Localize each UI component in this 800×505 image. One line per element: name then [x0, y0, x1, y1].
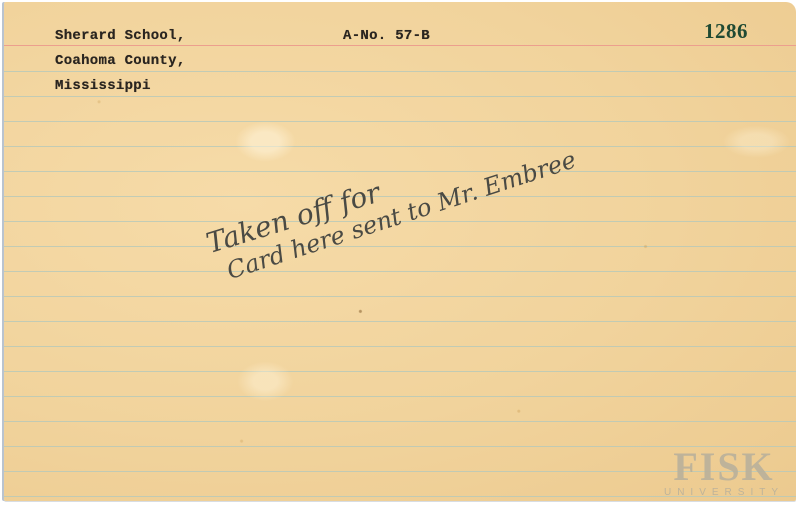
blue-rule [4, 346, 796, 347]
county-name: Coahoma County, [55, 53, 186, 69]
blue-rule [4, 196, 796, 197]
blue-rule [4, 371, 796, 372]
state-name: Mississippi [55, 78, 151, 94]
blue-rule [4, 146, 796, 147]
blue-rule [4, 121, 796, 122]
watermark-subtitle: UNIVERSITY [654, 487, 794, 499]
blue-rule [4, 321, 796, 322]
blue-rule [4, 171, 796, 172]
blue-rule [4, 396, 796, 397]
blue-rule [4, 246, 796, 247]
red-header-rule [4, 45, 796, 46]
blue-rule [4, 296, 796, 297]
blue-rule [4, 421, 796, 422]
watermark-title: FISK [654, 447, 794, 487]
fisk-university-watermark: FISK UNIVERSITY [654, 447, 794, 499]
school-name: Sherard School, [55, 28, 186, 44]
index-card: Sherard School, Coahoma County, Mississi… [4, 2, 796, 501]
blue-rule [4, 271, 796, 272]
catalog-number: A-No. 57-B [343, 28, 430, 44]
blue-rule [4, 71, 796, 72]
stamped-number: 1286 [704, 19, 748, 44]
blue-rule [4, 96, 796, 97]
